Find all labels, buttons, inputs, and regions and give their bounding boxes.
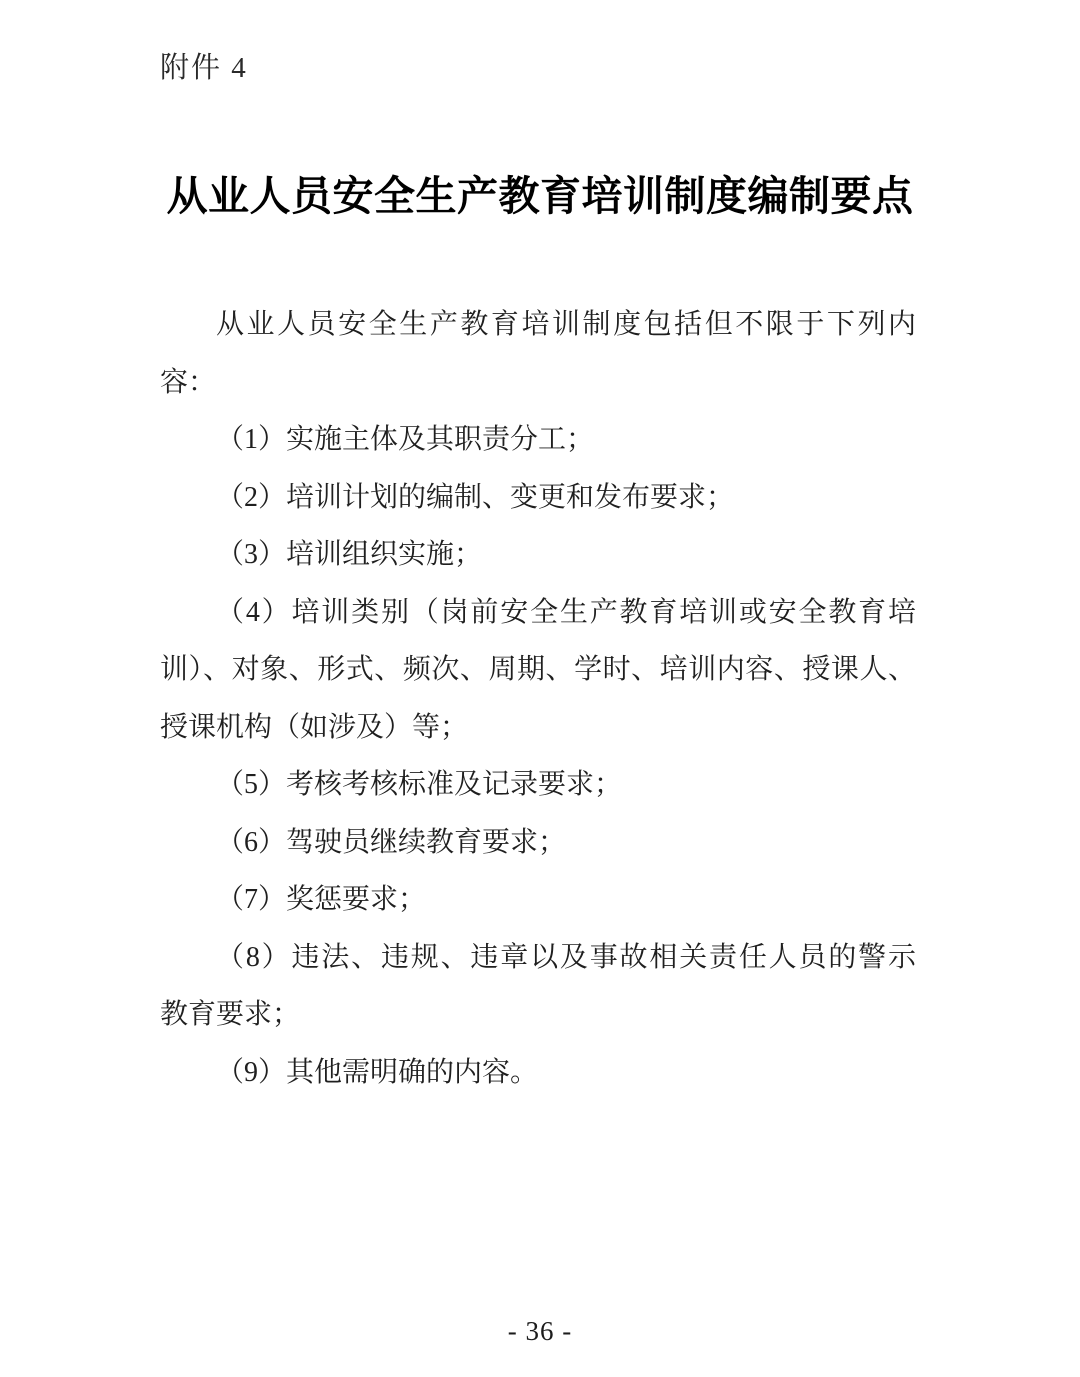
body-line-item-7: （7）奖惩要求； [160,871,916,929]
body-line-item-4b: 训）、对象、形式、频次、周期、学时、培训内容、授课人、 [160,641,916,699]
body-line-intro-1: 从业人员安全生产教育培训制度包括但不限于下列内 [160,296,916,354]
body-line-intro-2: 容： [160,354,916,412]
body-line-item-9: （9）其他需明确的内容。 [160,1044,916,1102]
attachment-label: 附件 4 [160,50,248,86]
body-line-item-4a: （4）培训类别（岗前安全生产教育培训或安全教育培 [160,584,916,642]
document-body: 从业人员安全生产教育培训制度包括但不限于下列内 容： （1）实施主体及其职责分工… [160,296,916,1101]
body-line-item-6: （6）驾驶员继续教育要求； [160,814,916,872]
page-number: - 36 - [0,1316,1080,1347]
body-line-item-1: （1）实施主体及其职责分工； [160,411,916,469]
body-line-item-8a: （8）违法、违规、违章以及事故相关责任人员的警示 [160,929,916,987]
document-page: 附件 4 从业人员安全生产教育培训制度编制要点 从业人员安全生产教育培训制度包括… [0,0,1080,1377]
body-line-item-5: （5）考核考核标准及记录要求； [160,756,916,814]
body-line-item-4c: 授课机构（如涉及）等； [160,699,916,757]
body-line-item-8b: 教育要求； [160,986,916,1044]
body-line-item-3: （3）培训组织实施； [160,526,916,584]
body-line-item-2: （2）培训计划的编制、变更和发布要求； [160,469,916,527]
document-title: 从业人员安全生产教育培训制度编制要点 [0,163,1080,222]
